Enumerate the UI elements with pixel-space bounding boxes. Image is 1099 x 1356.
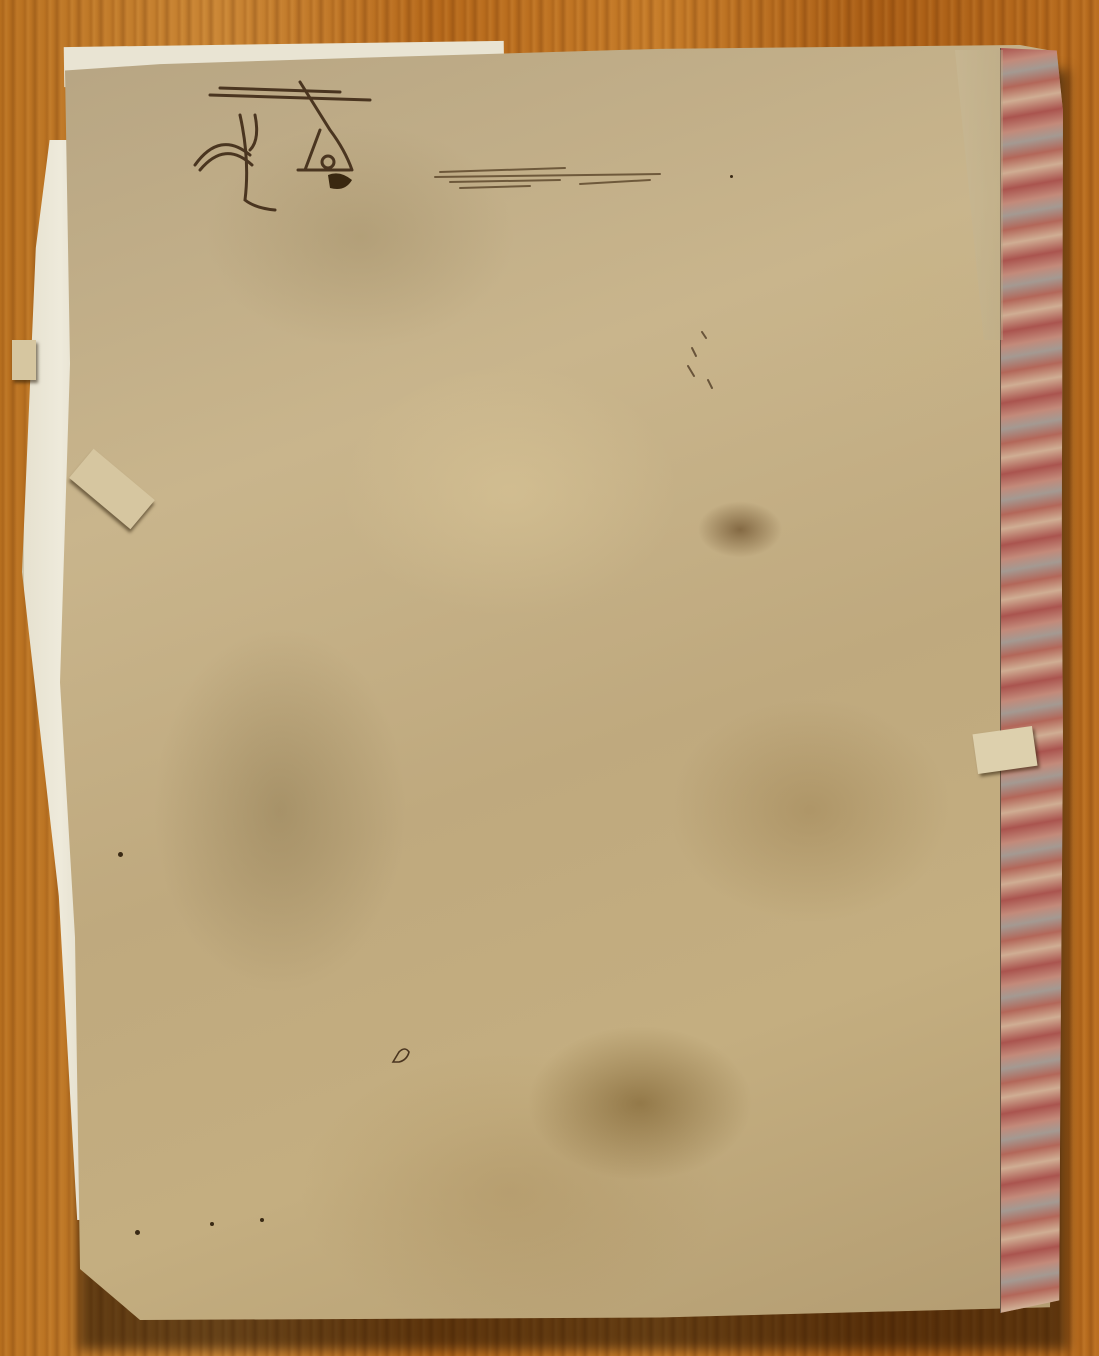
ink-spot: [210, 1222, 214, 1226]
ink-spot: [730, 175, 733, 178]
bird-doodle-icon: [180, 70, 380, 220]
ink-spot: [118, 852, 123, 857]
ink-spot: [260, 1218, 264, 1222]
torn-paper-flap: [12, 340, 36, 380]
ink-spot: [135, 1230, 140, 1235]
pen-strokes-icon: [420, 160, 680, 200]
ink-mark-icon: [385, 1040, 415, 1070]
faint-script-icon: [660, 330, 720, 390]
torn-paper-flap: [973, 726, 1038, 774]
book-cover: [60, 45, 1060, 1320]
marbled-spine: [1000, 48, 1063, 1313]
photo-scene: Aged water-stained paper-covered booklet…: [0, 0, 1099, 1356]
